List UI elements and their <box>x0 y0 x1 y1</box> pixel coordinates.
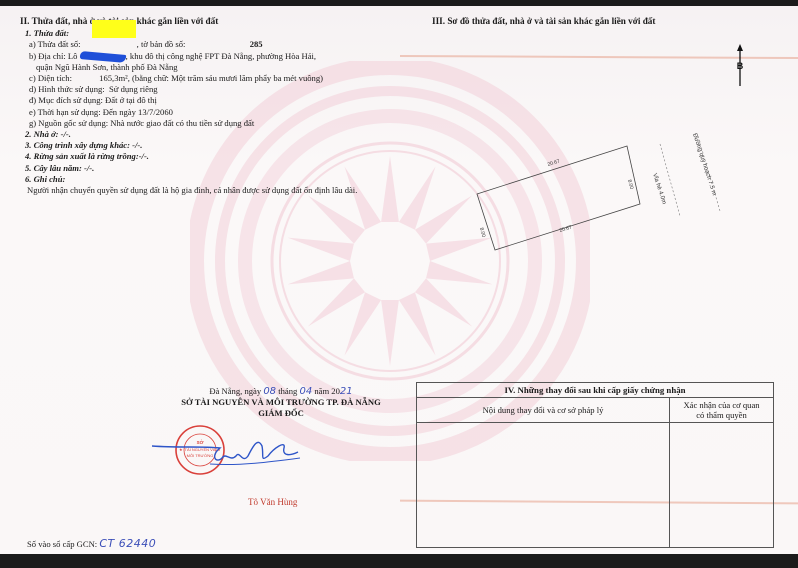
svg-text:20.67: 20.67 <box>547 158 561 167</box>
area-label: c) Diện tích: <box>29 73 97 84</box>
address-line2: quận Ngũ Hành Sơn, thành phố Đà Nẵng <box>20 62 400 73</box>
address-label: b) Địa chỉ: Lô <box>29 51 77 61</box>
changes-table: IV. Những thay đổi sau khi cấp giấy chứn… <box>416 382 774 548</box>
certificate-page: II. Thửa đất, nhà ở và tài sản khác gắn … <box>0 6 798 554</box>
term-value: Đến ngày 13/7/2060 <box>103 107 173 117</box>
other-construction-item: 3. Công trình xây dựng khác: -/-. <box>20 140 400 151</box>
redaction-scribble <box>79 51 126 63</box>
house-item: 2. Nhà ở: -/-. <box>20 129 400 140</box>
place-date: Đà Nẵng, ngày 08 tháng 04 năm 2021 <box>150 386 412 397</box>
issuing-department: SỞ TÀI NGUYÊN VÀ MÔI TRƯỜNG TP. ĐÀ NẴNG <box>150 397 412 408</box>
section2-title: II. Thửa đất, nhà ở và tài sản khác gắn … <box>20 16 400 27</box>
signer-name: Tô Văn Hùng <box>248 497 297 507</box>
gcn-number: CT 62440 <box>99 537 156 550</box>
map-sheet-label: , tờ bản đồ số: <box>137 39 186 49</box>
svg-text:Đường quy hoạch 7.5 m: Đường quy hoạch 7.5 m <box>691 133 717 197</box>
svg-text:8.00: 8.00 <box>626 179 634 190</box>
year-handwritten: 21 <box>340 386 353 397</box>
section-land-info: II. Thửa đất, nhà ở và tài sản khác gắn … <box>20 16 400 196</box>
use-form-row: d) Hình thức sử dụng: Sử dụng riêng <box>20 84 400 95</box>
changes-table-title: IV. Những thay đổi sau khi cấp giấy chứn… <box>417 383 774 398</box>
parcel-number-row: a) Thửa đất số: , tờ bản đồ số: 285 <box>20 39 400 50</box>
parcel-heading: 1. Thửa đất: <box>20 28 400 39</box>
notes-text: Người nhận chuyển quyền sử dụng đất là h… <box>20 185 397 196</box>
svg-text:20.67: 20.67 <box>559 224 573 233</box>
use-form-value: Sử dụng riêng <box>109 84 158 94</box>
gcn-label: Số vào sổ cấp GCN: <box>27 539 97 549</box>
purpose-label: đ) Mục đích sử dụng: <box>29 95 103 105</box>
signature-scribble <box>150 434 300 474</box>
svg-text:B: B <box>737 61 744 71</box>
origin-value: Nhà nước giao đất có thu tiền sử dụng đấ… <box>110 118 254 128</box>
area-row: c) Diện tích: 165,3m², (bằng chữ: Một tr… <box>20 73 400 84</box>
confirmation-cell <box>670 423 774 548</box>
area-value: 165,3m², (bằng chữ: Một trăm sáu mươi lă… <box>99 73 323 83</box>
section3-title: III. Sơ đồ thửa đất, nhà ở và tài sản kh… <box>432 16 792 26</box>
parcel-diagram: 20.67 20.67 8.00 8.00 Vỉa hè 4.0m Đường … <box>440 116 740 266</box>
term-row: e) Thời hạn sử dụng: Đến ngày 13/7/2060 <box>20 107 400 118</box>
signature-block: Đà Nẵng, ngày 08 tháng 04 năm 2021 SỞ TÀ… <box>150 386 412 419</box>
parcel-number-label: a) Thửa đất số: <box>29 39 81 49</box>
perennial-trees-item: 5. Cây lâu năm: -/-. <box>20 163 400 174</box>
day-handwritten: 08 <box>263 386 276 397</box>
month-handwritten: 04 <box>299 386 312 397</box>
svg-text:Vỉa hè 4.0m: Vỉa hè 4.0m <box>651 172 668 205</box>
section-diagram: III. Sơ đồ thửa đất, nhà ở và tài sản kh… <box>432 16 792 26</box>
svg-text:8.00: 8.00 <box>478 227 486 238</box>
col-change-content: Nội dung thay đổi và cơ sở pháp lý <box>417 398 670 423</box>
north-arrow-icon: B <box>733 44 747 86</box>
address-value: , khu đô thị công nghệ FPT Đà Nẵng, phườ… <box>126 51 316 61</box>
origin-label: g) Nguồn gốc sử dụng: <box>29 118 108 128</box>
col-authority-confirmation: Xác nhận của cơ quan có thẩm quyền <box>670 398 774 423</box>
notes-heading: 6. Ghi chú: <box>20 174 400 185</box>
production-forest-item: 4. Rừng sản xuất là rừng trồng:-/-. <box>20 151 400 162</box>
change-content-cell <box>417 423 670 548</box>
screen-bottom-bar <box>0 554 798 568</box>
yellow-redaction <box>92 20 136 38</box>
use-form-label: d) Hình thức sử dụng: <box>29 84 105 94</box>
term-label: e) Thời hạn sử dụng: <box>29 107 101 117</box>
address-row: b) Địa chỉ: Lô , khu đô thị công nghệ FP… <box>20 51 400 62</box>
gcn-register: Số vào sổ cấp GCN: CT 62440 <box>27 537 156 550</box>
origin-row: g) Nguồn gốc sử dụng: Nhà nước giao đất … <box>20 118 400 129</box>
purpose-row: đ) Mục đích sử dụng: Đất ở tại đô thị <box>20 95 400 106</box>
map-sheet-value: 285 <box>250 39 263 49</box>
signer-position: GIÁM ĐỐC <box>150 408 412 419</box>
purpose-value: Đất ở tại đô thị <box>105 95 157 105</box>
